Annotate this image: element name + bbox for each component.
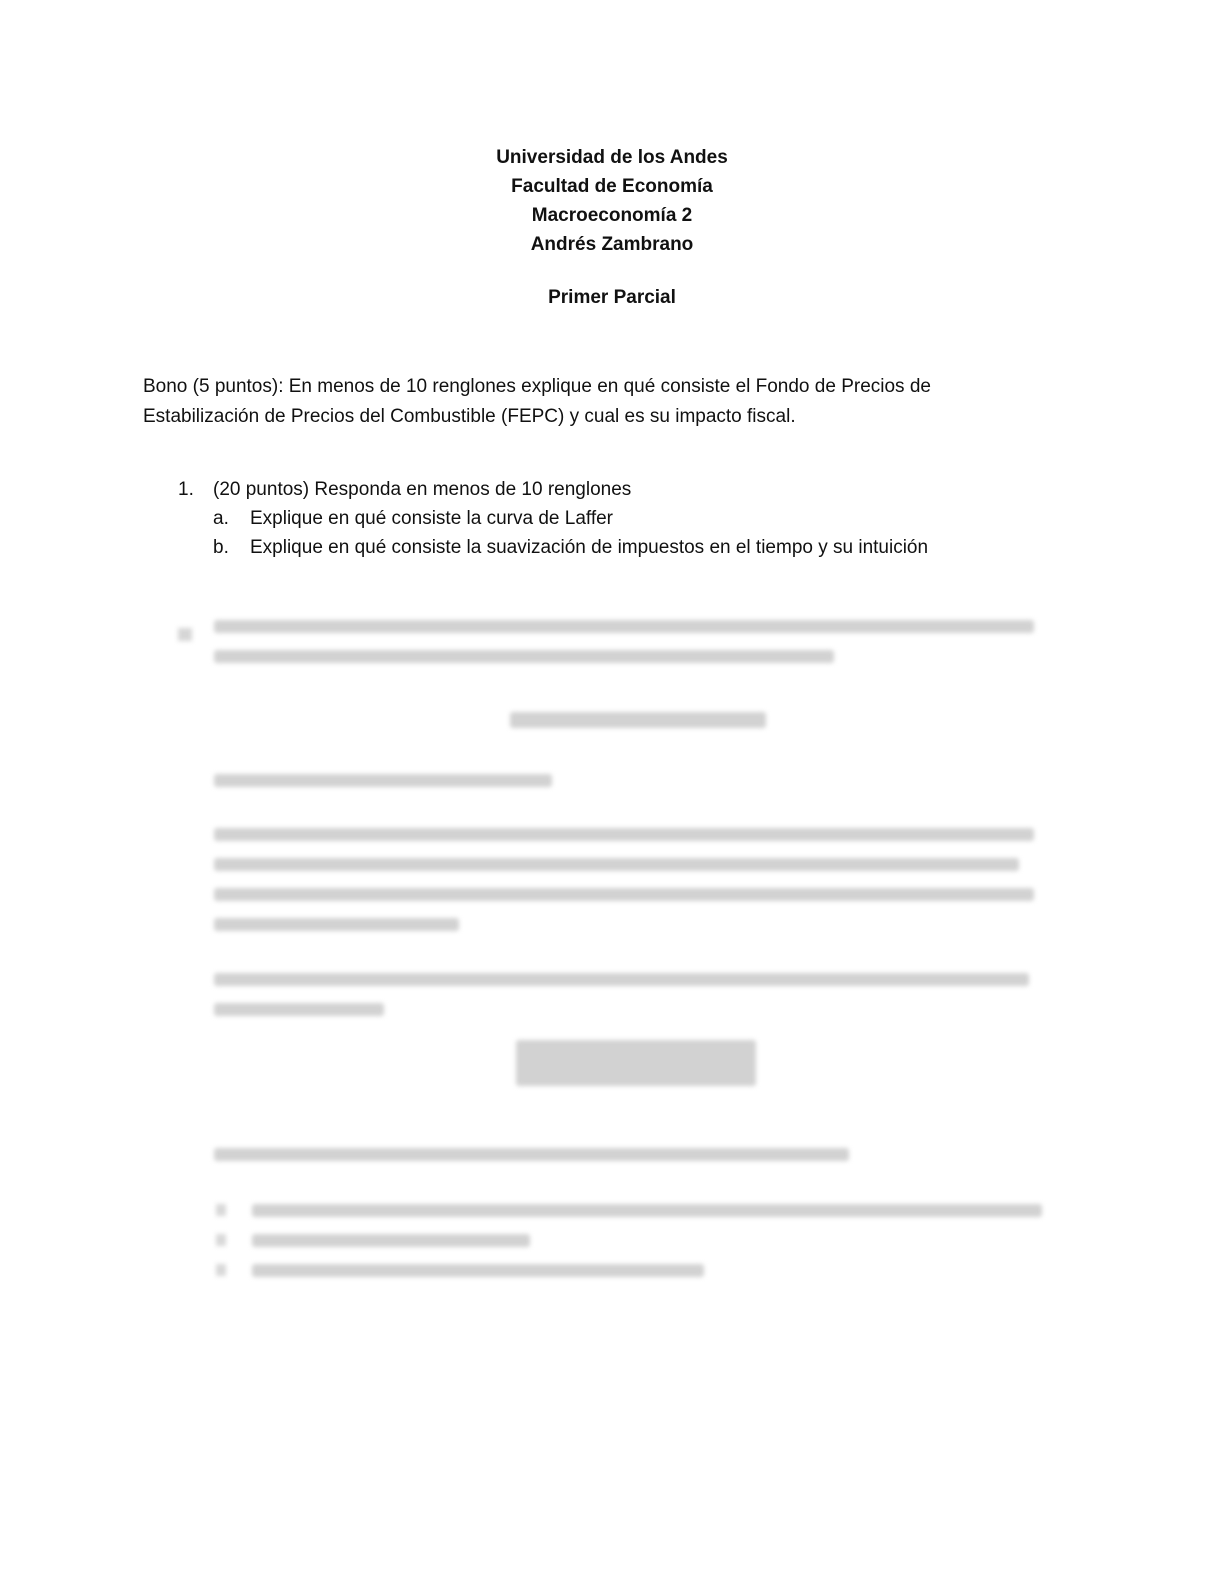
- item-marker: b.: [213, 533, 250, 562]
- equation-budget-blurred: [510, 712, 766, 728]
- exam-page: Universidad de los Andes Facultad de Eco…: [0, 0, 1224, 1584]
- item-marker: a.: [213, 504, 250, 533]
- question-1: 1. (20 puntos) Responda en menos de 10 r…: [178, 475, 1078, 562]
- item-text: Explique en qué consiste la curva de Laf…: [250, 504, 613, 533]
- bonus-question: Bono (5 puntos): En menos de 10 renglone…: [143, 372, 1043, 432]
- household-paragraph-blurred: [214, 973, 1029, 1033]
- question-1-item-a: a. Explique en qué consiste la curva de …: [213, 504, 1078, 533]
- exam-header: Universidad de los Andes Facultad de Eco…: [0, 143, 1224, 309]
- question-2-redacted: [178, 620, 1078, 680]
- item-text: Explique en qué consiste la suavización …: [250, 533, 928, 562]
- question-2-items-blurred: [178, 1204, 1042, 1294]
- question-1-number: 1.: [178, 475, 213, 504]
- exam-title: Primer Parcial: [0, 287, 1224, 309]
- question-1-item-b: b. Explique en qué consiste la suavizaci…: [213, 533, 1078, 562]
- utility-maximization-formula-blurred: [516, 1040, 756, 1086]
- firm-paragraph-blurred: [214, 828, 1034, 948]
- budget-constraint-text-blurred: [214, 1148, 849, 1161]
- professor-name: Andrés Zambrano: [0, 230, 1224, 259]
- tax-definition-blurred: [214, 774, 552, 787]
- question-1-text: (20 puntos) Responda en menos de 10 reng…: [213, 475, 631, 504]
- question-2-text-blurred: [214, 620, 1078, 663]
- course-name: Macroeconomía 2: [0, 201, 1224, 230]
- university-name: Universidad de los Andes: [0, 143, 1224, 172]
- question-2-number-blurred: [178, 628, 192, 641]
- faculty-name: Facultad de Economía: [0, 172, 1224, 201]
